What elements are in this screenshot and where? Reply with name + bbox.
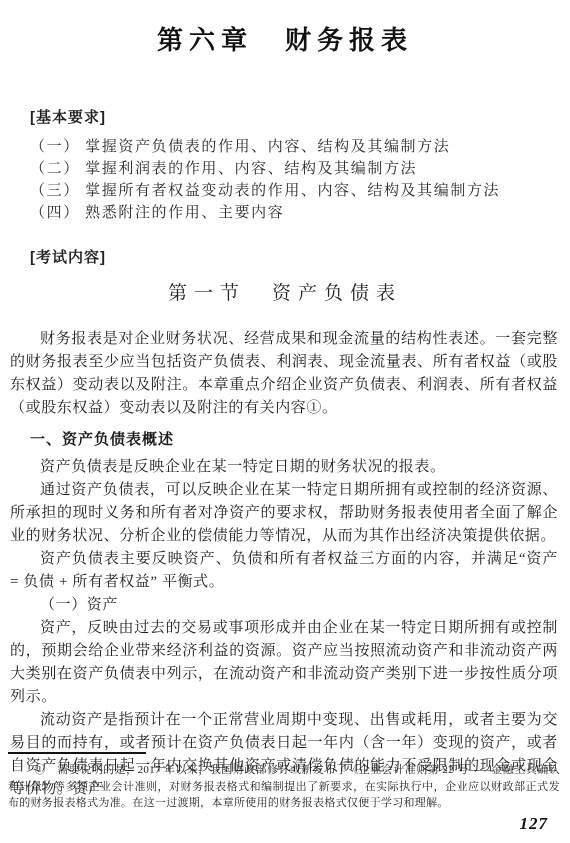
chapter-title: 第六章 财务报表 xyxy=(0,0,570,58)
requirement-item: （四） 熟悉附注的作用、主要内容 xyxy=(0,202,570,224)
section-title: 第一节 资产负债表 xyxy=(0,282,570,306)
page-number: 127 xyxy=(520,814,549,834)
footnote-area: ① 需要说明的是，2017 年以来，我国财政部修订或新发布了《企业会计准则第 2… xyxy=(8,752,560,812)
requirement-item: （三） 掌握所有者权益变动表的作用、内容、结构及其编制方法 xyxy=(0,180,570,202)
subsection-heading: 一、资产负债表概述 xyxy=(0,429,570,450)
book-page: 第六章 财务报表 [基本要求] （一） 掌握资产负债表的作用、内容、结构及其编制… xyxy=(0,0,570,843)
body-paragraph: （一）资产 xyxy=(0,594,570,617)
requirement-item: （一） 掌握资产负债表的作用、内容、结构及其编制方法 xyxy=(0,136,570,158)
body-paragraph: 资产负债表是反映企业在某一特定日期的财务状况的报表。 xyxy=(0,456,570,479)
requirement-item: （二） 掌握利润表的作用、内容、结构及其编制方法 xyxy=(0,158,570,180)
body-paragraph: 资产负债表主要反映资产、负债和所有者权益三方面的内容，并满足“资产 = 负债 +… xyxy=(0,548,570,594)
intro-paragraph: 财务报表是对企业财务状况、经营成果和现金流量的结构性表述。一套完整的财务报表至少… xyxy=(0,328,570,420)
basic-requirements-list: （一） 掌握资产负债表的作用、内容、结构及其编制方法 （二） 掌握利润表的作用、… xyxy=(0,136,570,224)
basic-requirements-label: [基本要求] xyxy=(0,108,570,128)
footnote-text: ① 需要说明的是，2017 年以来，我国财政部修订或新发布了《企业会计准则第 2… xyxy=(8,762,560,812)
body-paragraph: 资产，反映由过去的交易或事项形成并由企业在某一特定日期所拥有或控制的，预期会给企… xyxy=(0,617,570,709)
body-paragraph: 通过资产负债表，可以反映企业在某一特定日期所拥有或控制的经济资源、所承担的现时义… xyxy=(0,479,570,548)
exam-content-label: [考试内容] xyxy=(0,248,570,268)
footnote-divider xyxy=(8,752,146,754)
